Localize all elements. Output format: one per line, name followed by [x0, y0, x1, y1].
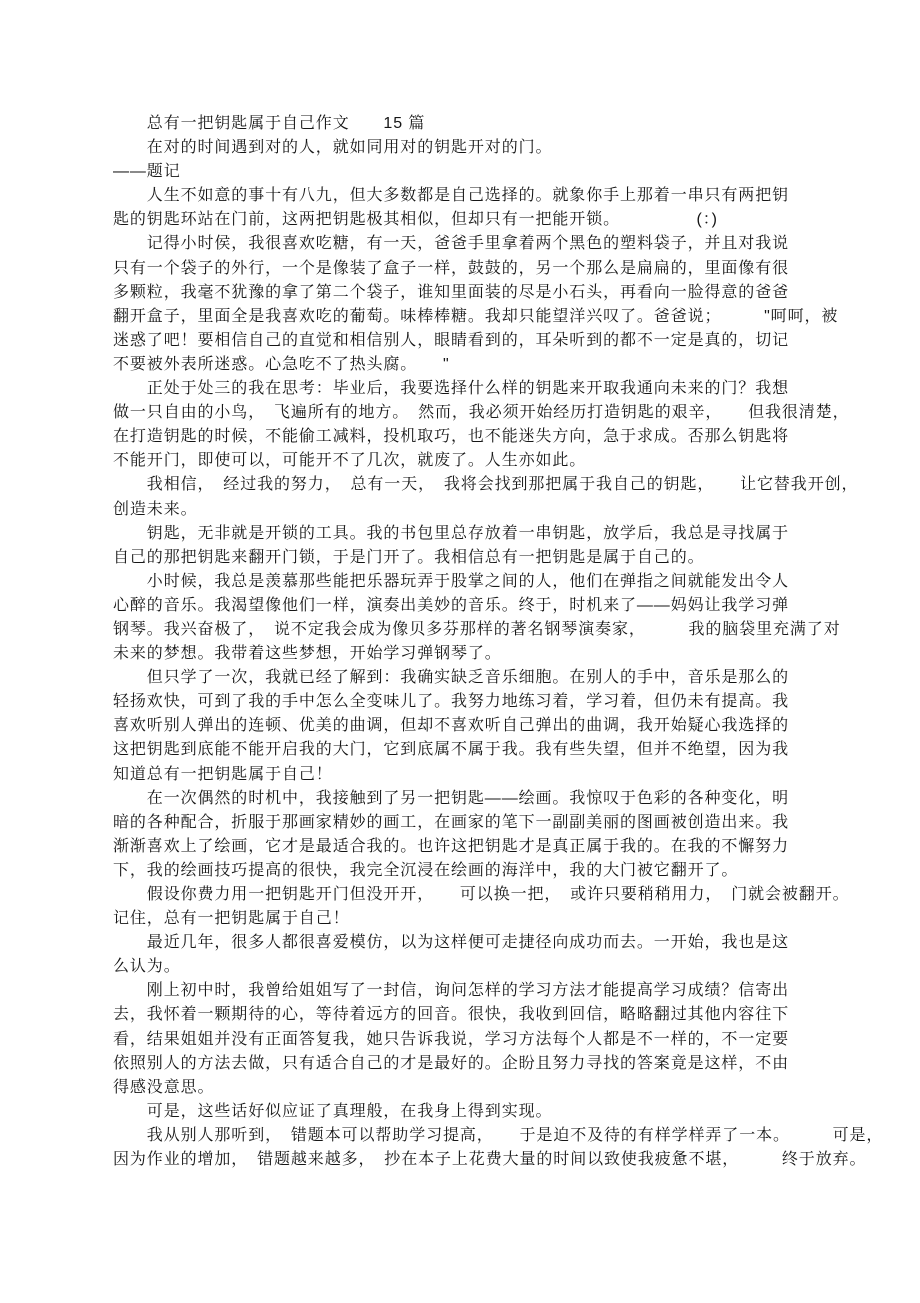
text-line: 人生不如意的事十有八九，但大多数都是自己选择的。就象你手上那着一串只有两把钥 [113, 184, 883, 208]
text-line: 翻开盒子，里面全是我喜欢吃的葡萄。味棒棒糖。我却只能望洋兴叹了。爸爸说； "呵呵… [113, 305, 883, 329]
text-line: 么认为。 [113, 955, 883, 979]
text-line: 创造未来。 [113, 498, 883, 522]
text-line: 暗的各种配合，折服于那画家精妙的画工，在画家的笔下一副副美丽的图画被创造出来。我 [113, 811, 883, 835]
text-line: 但只学了一次，我就已经了解到：我确实缺乏音乐细胞。在别人的手中，音乐是那么的 [113, 666, 883, 690]
text-line: 心醉的音乐。我渴望像他们一样，演奏出美妙的音乐。终于，时机来了——妈妈让我学习弹 [113, 594, 883, 618]
text-line: 喜欢听别人弹出的连顿、优美的曲调，但却不喜欢听自己弹出的曲调，我开始疑心我选择的 [113, 714, 883, 738]
text-line: 因为作业的增加， 错题越来越多， 抄在本子上花费大量的时间以致使我疲惫不堪， 终… [113, 1148, 883, 1172]
text-line: 不能开门，即使可以，可能开不了几次，就废了。人生亦如此。 [113, 449, 883, 473]
text-line: 这把钥匙到底能不能开启我的大门，它到底属不属于我。我有些失望，但并不绝望，因为我 [113, 738, 883, 762]
text-line: 钢琴。我兴奋极了， 说不定我会成为像贝多芬那样的著名钢琴演奏家， 我的脑袋里充满… [113, 618, 883, 642]
text-line: 可是，这些话好似应证了真理般，在我身上得到实现。 [113, 1100, 883, 1124]
text-line: ——题记 [113, 160, 883, 184]
text-line: 看，结果姐姐并没有正面答复我，她只告诉我说，学习方法每个人都是不一样的，不一定要 [113, 1028, 883, 1052]
text-line: 在对的时间遇到对的人，就如同用对的钥匙开对的门。 [113, 136, 883, 160]
text-line: 我相信， 经过我的努力， 总有一天， 我将会找到那把属于我自己的钥匙， 让它替我… [113, 473, 883, 497]
text-line: 匙的钥匙环站在门前，这两把钥匙极其相似，但却只有一把能开锁。 (：) [113, 208, 883, 232]
text-line: 未来的梦想。我带着这些梦想，开始学习弹钢琴了。 [113, 642, 883, 666]
text-line: 轻扬欢快，可到了我的手中怎么全变味儿了。我努力地练习着，学习着，但仍未有提高。我 [113, 690, 883, 714]
text-line: 去，我怀着一颗期待的心，等待着远方的回音。很快，我收到回信，略略翻过其他内容往下 [113, 1003, 883, 1027]
text-line: 下，我的绘画技巧提高的很快，我完全沉浸在绘画的海洋中，我的大门被它翻开了。 [113, 859, 883, 883]
text-line: 小时候，我总是羡慕那些能把乐器玩弄于股掌之间的人，他们在弹指之间就能发出令人 [113, 570, 883, 594]
text-line: 总有一把钥匙属于自己作文 15 篇 [113, 112, 883, 136]
text-line: 自己的那把钥匙来翻开门锁，于是门开了。我相信总有一把钥匙是属于自己的。 [113, 546, 883, 570]
document-page: 总有一把钥匙属于自己作文 15 篇 在对的时间遇到对的人，就如同用对的钥匙开对的… [0, 0, 920, 1303]
text-line: 渐渐喜欢上了绘画，它才是最适合我的。也许这把钥匙才是真正属于我的。在我的不懈努力 [113, 835, 883, 859]
text-line: 依照别人的方法去做，只有适合自己的才是最好的。企盼且努力寻找的答案竟是这样，不由 [113, 1052, 883, 1076]
text-line: 迷惑了吧！要相信自己的直觉和相信别人，眼睛看到的，耳朵听到的都不一定是真的，切记 [113, 329, 883, 353]
text-line: 记住，总有一把钥匙属于自己！ [113, 907, 883, 931]
text-line: 刚上初中时，我曾给姐姐写了一封信，询问怎样的学习方法才能提高学习成绩？信寄出 [113, 979, 883, 1003]
text-line: 假设你费力用一把钥匙开门但没开开， 可以换一把， 或许只要稍稍用力， 门就会被翻… [113, 883, 883, 907]
text-line: 只有一个袋子的外行，一个是像装了盒子一样，鼓鼓的，另一个那么是扁扁的，里面像有很 [113, 257, 883, 281]
text-line: 我从别人那听到， 错题本可以帮助学习提高， 于是迫不及待的有样学样弄了一本。 可… [113, 1124, 883, 1148]
text-line: 钥匙，无非就是开锁的工具。我的书包里总存放着一串钥匙，放学后，我总是寻找属于 [113, 522, 883, 546]
text-line: 在一次偶然的时机中，我接触到了另一把钥匙——绘画。我惊叹于色彩的各种变化，明 [113, 787, 883, 811]
document-body: 总有一把钥匙属于自己作文 15 篇 在对的时间遇到对的人，就如同用对的钥匙开对的… [113, 112, 883, 1172]
text-line: 知道总有一把钥匙属于自己！ [113, 763, 883, 787]
text-line: 最近几年，很多人都很喜爱模仿，以为这样便可走捷径向成功而去。一开始，我也是这 [113, 931, 883, 955]
text-line: 不要被外表所迷惑。心急吃不了热头腐。 " [113, 353, 883, 377]
text-line: 在打造钥匙的时候，不能偷工减料，投机取巧，也不能迷失方向，急于求成。否那么钥匙将 [113, 425, 883, 449]
text-line: 多颗粒，我毫不犹豫的拿了第二个袋子，谁知里面装的尽是小石头，再看向一脸得意的爸爸 [113, 281, 883, 305]
text-line: 得感没意思。 [113, 1076, 883, 1100]
text-line: 做一只自由的小鸟， 飞遍所有的地方。 然而，我必须开始经历打造钥匙的艰辛， 但我… [113, 401, 883, 425]
text-line: 记得小时侯，我很喜欢吃糖，有一天，爸爸手里拿着两个黑色的塑料袋子，并且对我说 [113, 232, 883, 256]
text-line: 正处于处三的我在思考：毕业后，我要选择什么样的钥匙来开取我通向未来的门？我想 [113, 377, 883, 401]
